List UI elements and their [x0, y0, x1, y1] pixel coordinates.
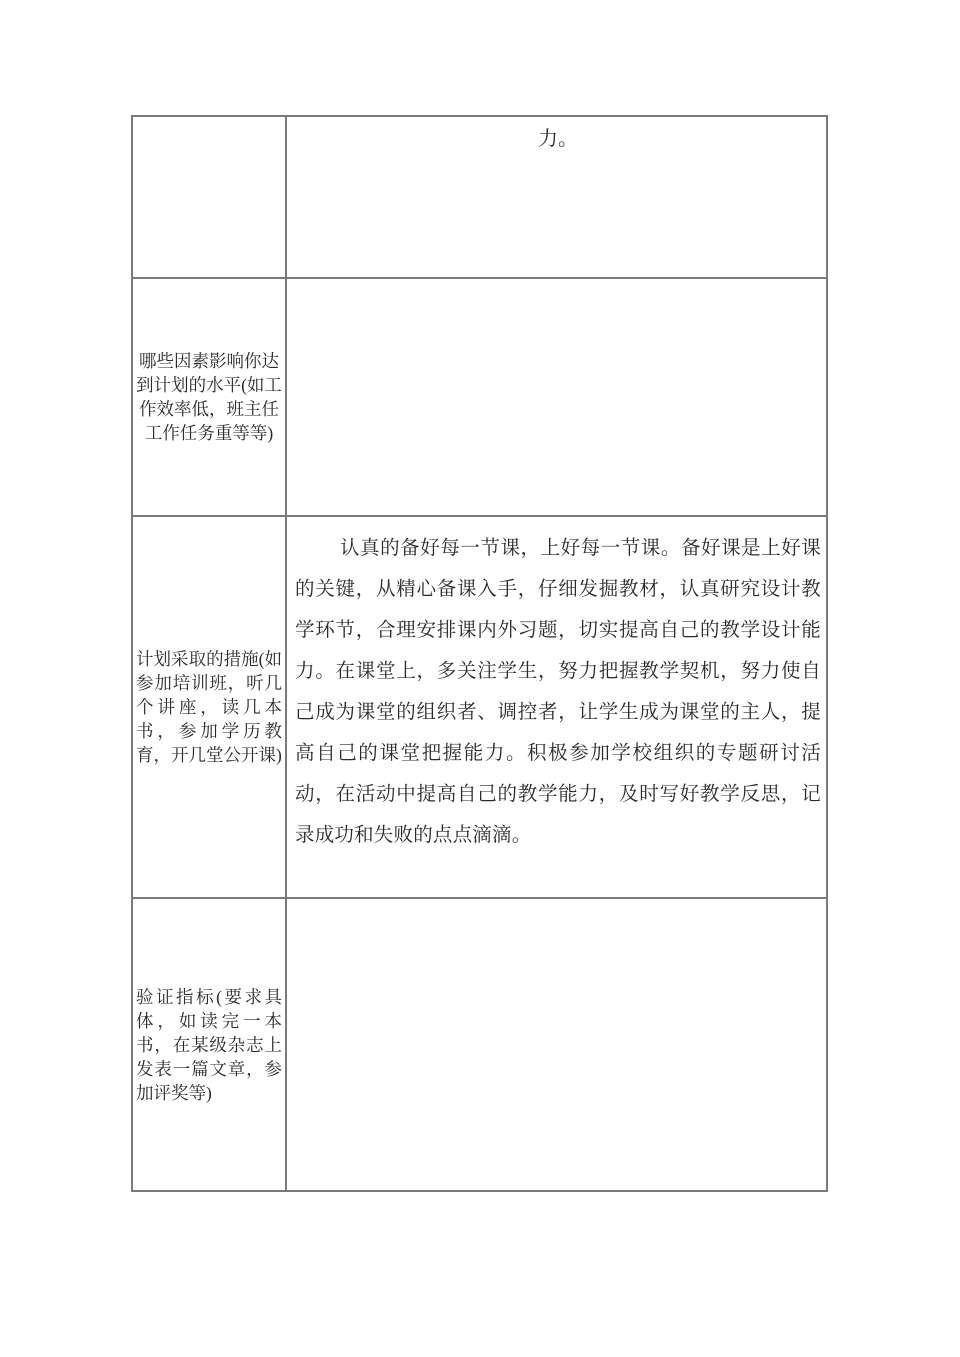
answer-text: 认真的备好每一节课，上好每一节课。备好课是上好课的关键，从精心备课入手，仔细发掘…	[287, 517, 826, 856]
row-label: 哪些因素影响你达到计划的水平(如工作效率低，班主任工作任务重等等)	[136, 349, 282, 445]
content-cell-continuation: 力。	[287, 117, 826, 277]
table-row-continuation: 力。	[133, 117, 826, 277]
document-page: 力。 哪些因素影响你达到计划的水平(如工作效率低，班主任工作任务重等等) 计划采…	[0, 0, 960, 1357]
answer-text	[287, 279, 826, 290]
content-cell-verification-indicators	[287, 899, 826, 1190]
answer-text	[287, 899, 826, 910]
plan-form-table: 力。 哪些因素影响你达到计划的水平(如工作效率低，班主任工作任务重等等) 计划采…	[131, 115, 828, 1192]
label-cell-influencing-factors: 哪些因素影响你达到计划的水平(如工作效率低，班主任工作任务重等等)	[133, 279, 287, 515]
table-row-influencing-factors: 哪些因素影响你达到计划的水平(如工作效率低，班主任工作任务重等等)	[133, 277, 826, 515]
table-row-planned-measures: 计划采取的措施(如参加培训班，听几个讲座，读几本书，参加学历教育，开几堂公开课)…	[133, 515, 826, 897]
row-label: 验证指标(要求具体，如读完一本书，在某级杂志上发表一篇文章，参加评奖等)	[136, 985, 282, 1105]
table-row-verification-indicators: 验证指标(要求具体，如读完一本书，在某级杂志上发表一篇文章，参加评奖等)	[133, 897, 826, 1190]
row-label: 计划采取的措施(如参加培训班，听几个讲座，读几本书，参加学历教育，开几堂公开课)	[136, 647, 282, 767]
content-cell-planned-measures: 认真的备好每一节课，上好每一节课。备好课是上好课的关键，从精心备课入手，仔细发掘…	[287, 517, 826, 897]
content-cell-influencing-factors	[287, 279, 826, 515]
label-cell-empty	[133, 117, 287, 277]
label-cell-verification-indicators: 验证指标(要求具体，如读完一本书，在某级杂志上发表一篇文章，参加评奖等)	[133, 899, 287, 1190]
paragraph-tail-text: 力。	[287, 117, 826, 158]
label-cell-planned-measures: 计划采取的措施(如参加培训班，听几个讲座，读几本书，参加学历教育，开几堂公开课)	[133, 517, 287, 897]
